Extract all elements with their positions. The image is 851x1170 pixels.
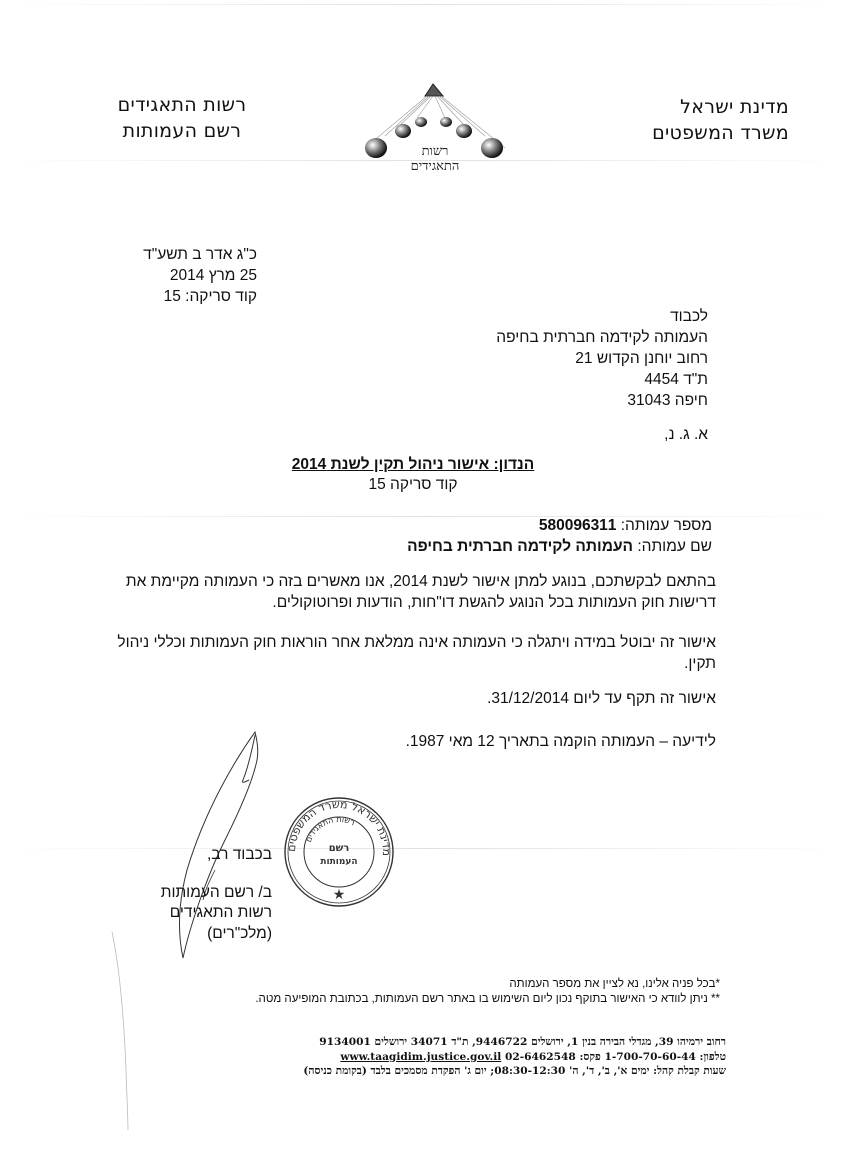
footnotes: *בכל פניה אלינו, נא לציין את מספר העמותה… xyxy=(180,977,720,1007)
footer-phone-row: טלפון: 1-700-70-60-44 פקס: 02-6462548 ww… xyxy=(170,1050,726,1065)
header-authority-name: רשות התאגידים xyxy=(92,92,272,118)
signature-tail xyxy=(110,930,140,1130)
subject-title: הנדון: אישור ניהול תקין לשנת 2014 xyxy=(280,456,546,474)
recipient-name: העמותה לקידמה חברתית בחיפה xyxy=(460,327,708,348)
association-name-label: שם עמותה: xyxy=(637,538,712,555)
scan-artifact xyxy=(0,848,851,849)
logo-icon: רשות התאגידים xyxy=(355,78,515,173)
official-stamp: מדינת ישראל משרד המשפטים רשות התאגידים ר… xyxy=(282,795,396,909)
footer-phone: 1-700-70-60-44 xyxy=(605,1051,696,1063)
footer-phone-label: טלפון: xyxy=(700,1051,726,1063)
header-authority: רשות התאגידים רשם העמותות xyxy=(92,92,272,144)
footnote-1: *בכל פניה אלינו, נא לציין את מספר העמותה xyxy=(180,977,720,992)
header-registrar-name: רשם העמותות xyxy=(92,118,272,144)
svg-text:רשם: רשם xyxy=(329,843,350,854)
recipient-salutation: לכבוד xyxy=(460,306,708,327)
closing-regards: בכבוד רב, xyxy=(130,844,272,865)
association-name-value: העמותה לקידמה חברתית בחיפה xyxy=(407,538,633,555)
header-ministry: מדינת ישראל משרד המשפטים xyxy=(569,94,789,146)
svg-text:התאגידים: התאגידים xyxy=(411,159,460,174)
header-state-name: מדינת ישראל xyxy=(569,94,789,120)
header-ministry-name: משרד המשפטים xyxy=(569,120,789,146)
corporations-authority-logo: רשות התאגידים xyxy=(355,78,515,173)
paragraph-cancellation: אישור זה יבוטל במידה ויתגלה כי העמותה אי… xyxy=(110,632,716,674)
gregorian-date: 25 מרץ 2014 xyxy=(132,265,257,286)
association-details: מספר עמותה: 580096311 שם עמותה: העמותה ל… xyxy=(380,515,712,557)
subject-code: קוד סריקה 15 xyxy=(280,476,546,494)
recipient-address: לכבוד העמותה לקידמה חברתית בחיפה רחוב יו… xyxy=(460,306,708,411)
association-number-value: 580096311 xyxy=(539,517,617,534)
footer-contact: רחוב ירמיהו 39, מגדלי הבירה בנין 1, ירוש… xyxy=(170,1035,726,1079)
star-icon: ★ xyxy=(333,886,346,902)
greeting: א. ג. נ, xyxy=(600,424,708,445)
paragraph-confirmation: בהתאם לבקשתכם, בנוגע למתן אישור לשנת 201… xyxy=(110,571,716,613)
association-number-row: מספר עמותה: 580096311 xyxy=(380,515,712,536)
signer-organization: רשות התאגידים (מלכ"רים) xyxy=(120,902,272,944)
association-name-row: שם עמותה: העמותה לקידמה חברתית בחיפה xyxy=(380,536,712,557)
svg-text:רשות: רשות xyxy=(422,144,449,159)
paragraph-validity: אישור זה תקף עד ליום 31/12/2014. xyxy=(110,688,716,709)
recipient-po-box: ת"ד 4454 xyxy=(460,369,708,390)
scan-artifact xyxy=(0,4,851,5)
footer-fax-label: פקס: xyxy=(579,1051,600,1063)
scan-code: קוד סריקה: 15 xyxy=(132,286,257,307)
recipient-city: חיפה 31043 xyxy=(460,390,708,411)
recipient-street: רחוב יוחנן הקדוש 21 xyxy=(460,348,708,369)
hebrew-date: כ"ג אדר ב תשע"ד xyxy=(132,244,257,265)
subject-block: הנדון: אישור ניהול תקין לשנת 2014 קוד סר… xyxy=(280,456,546,494)
footer-fax: 02-6462548 xyxy=(505,1051,576,1063)
svg-text:העמותות: העמותות xyxy=(320,857,357,867)
footer-address: רחוב ירמיהו 39, מגדלי הבירה בנין 1, ירוש… xyxy=(170,1035,726,1050)
date-block: כ"ג אדר ב תשע"ד 25 מרץ 2014 קוד סריקה: 1… xyxy=(132,244,257,307)
signer-role: ב/ רשם העמותות xyxy=(130,882,272,903)
association-number-label: מספר עמותה: xyxy=(621,517,712,534)
footer-hours: שעות קבלת קהל: ימים א', ב', ד', ה' 08:30… xyxy=(170,1064,726,1079)
footnote-2: ** ניתן לוודא כי האישור בתוקף נכון ליום … xyxy=(180,992,720,1007)
footer-website-link[interactable]: www.taagidim.justice.gov.il xyxy=(340,1051,501,1063)
